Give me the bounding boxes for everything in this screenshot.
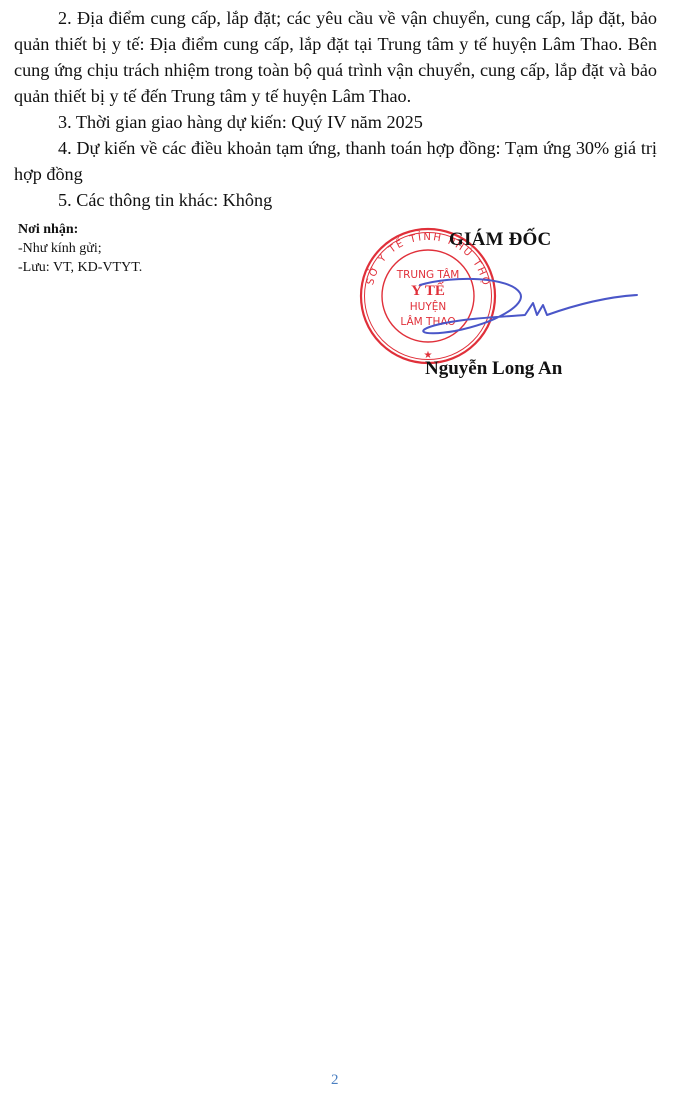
handwritten-signature xyxy=(415,275,640,355)
recipient-line: -Lưu: VT, KD-VTYT. xyxy=(18,258,142,277)
signer-name: Nguyễn Long An xyxy=(425,358,562,380)
signer-title: GIÁM ĐỐC xyxy=(449,229,551,251)
recipient-line: -Như kính gửi; xyxy=(18,239,142,258)
paragraph-item-3: 3. Thời gian giao hàng dự kiến: Quý IV n… xyxy=(14,109,657,135)
recipients-title: Nơi nhận: xyxy=(18,220,142,239)
paragraph-item-2: 2. Địa điểm cung cấp, lắp đặt; các yêu c… xyxy=(14,5,657,109)
page-number: 2 xyxy=(331,1072,339,1089)
paragraph-item-4: 4. Dự kiến về các điều khoản tạm ứng, th… xyxy=(14,135,657,187)
recipients-block: Nơi nhận: -Như kính gửi; -Lưu: VT, KD-VT… xyxy=(18,220,142,277)
paragraph-item-5: 5. Các thông tin khác: Không xyxy=(14,187,657,213)
